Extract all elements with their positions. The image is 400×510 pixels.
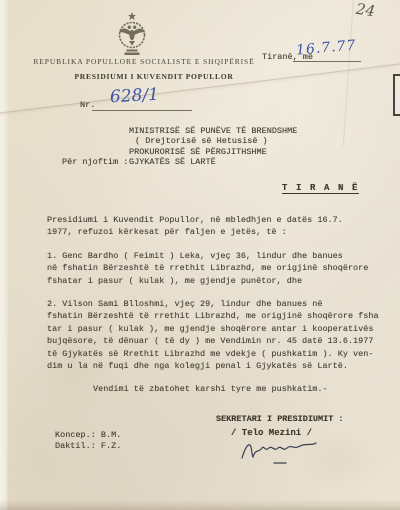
body-line: Vendimi të zbatohet karshi tyre me pushk… <box>47 383 377 395</box>
body-line: fshatar i pasur ( kulak ), me gjendje pu… <box>47 275 377 287</box>
pedestal-icon <box>125 50 140 56</box>
stamp-box-partial <box>393 74 400 116</box>
body-line: 1977, refuzoi kërkesat për faljen e jetë… <box>47 226 377 238</box>
body-line: bujqësore, të dënuar ( të dy ) me Vendim… <box>47 335 377 347</box>
document-page: 24 REPUBLIKA POPULLORE SOCIALISTE E SHQI… <box>0 0 400 510</box>
letter-body: Presidiumi i Kuvendit Popullor, në mbled… <box>47 203 377 407</box>
recipient-line-prosecution: PROKURORISË SË PËRGJITHSHME <box>129 147 267 157</box>
body-line: dim u la në fuqi dhe nga kolegji penal i… <box>47 360 377 372</box>
handwritten-signature <box>238 436 318 466</box>
paper-crease <box>343 0 354 146</box>
recipient-line-ministry: MINISTRISË SË PUNËVE TË BRENDSHME <box>129 126 297 136</box>
drafter-initials: Koncep.: B.M. <box>55 430 121 440</box>
typist-initials: Daktil.: F.Z. <box>55 441 121 451</box>
letterhead-republic-line: REPUBLIKA POPULLORE SOCIALISTE E SHQIPËR… <box>18 57 270 66</box>
star-icon <box>128 12 136 20</box>
body-line: 1. Genc Bardho ( Feimit ) Leka, vjeç 36,… <box>47 250 377 262</box>
signature-title: SEKRETARI I PRESIDIUMIT : <box>216 414 344 424</box>
body-line: tar i pasur ( kulak ), me gjendje shoqër… <box>47 323 377 335</box>
body-line: 2. Vilson Sami Blloshmi, vjeç 29, lindur… <box>47 298 377 310</box>
albania-coat-of-arms-icon <box>112 11 152 59</box>
notify-label: Për njoftim : <box>62 157 128 167</box>
paper-crease <box>0 62 400 115</box>
handwritten-page-number: 24 <box>355 0 376 20</box>
body-line: në fshatin Bërzeshtë të rrethit Librazhd… <box>47 262 377 274</box>
document-number-label: Nr. <box>80 100 95 110</box>
body-line: fshatin Bërzeshtë të rrethit Librazhd, m… <box>47 310 377 322</box>
handwritten-document-number: 628/1 <box>110 85 160 108</box>
letterhead-presidium-line: PRESIDIUMI I KUVENDIT POPULLOR <box>28 72 280 81</box>
handwritten-date: 16.7.77 <box>295 37 357 58</box>
recipient-line-directorate: ( Drejtorisë së Hetusisë ) <box>135 136 268 146</box>
document-number-rule <box>92 110 192 111</box>
paper-edge-left <box>0 0 9 510</box>
body-line: të Gjykatës së Rrethit Librazhd me vdekj… <box>47 348 377 360</box>
paper-edge-bottom <box>0 499 400 510</box>
recipient-line-supreme-court: GJYKATËS SË LARTË <box>129 157 216 167</box>
city-heading: T I R A N Ë <box>282 183 359 194</box>
date-rule <box>293 61 361 62</box>
body-line: Presidiumi i Kuvendit Popullor, në mbled… <box>47 214 377 226</box>
